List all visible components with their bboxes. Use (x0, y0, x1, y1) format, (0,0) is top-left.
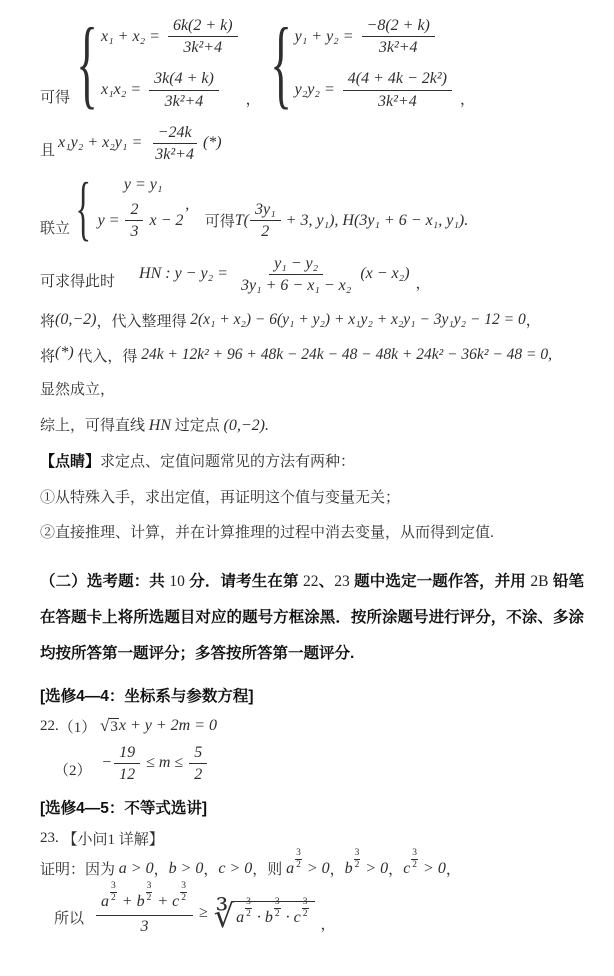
equation-y-sum: y₁ + y₂ = −8(2 + k)3k²+4 (295, 16, 439, 57)
equation-x-sum: x₁ + x₂ = 6k(2 + k)3k²+4 (101, 16, 242, 57)
condition-a: a > 0 (119, 860, 154, 878)
radicand: 3 (109, 718, 119, 736)
equation-lhs: y = (98, 212, 124, 230)
expanded-equation: 2(x₁ + x₂) − 6(y₁ + y₂) + x₁y₂ + x₂y₁ − … (190, 311, 526, 329)
base-c: c (403, 860, 410, 878)
sup-denominator: 2 (275, 909, 280, 920)
then-text: ，则 (252, 858, 286, 879)
numerator: 5 (189, 743, 207, 764)
text: （二）选考题：共 (40, 573, 169, 590)
greater-than-zero: > 0 (361, 860, 388, 878)
result-points-group: 可得 T( 3y₁2 + 3, y₁), H(3y₁ + 6 − x₁, y₁)… (205, 200, 469, 241)
line-label: 可得 (40, 86, 70, 111)
cube-root-sign: ∛ (214, 900, 234, 932)
question-number: 23. (40, 830, 63, 847)
text: 题中选定一题作答，并用 (350, 573, 531, 590)
equation-line: y = 23 x − 2 ’ (98, 200, 189, 241)
comma: ， (446, 858, 461, 879)
text: ，代入整理得 (96, 310, 190, 331)
plus-sign: + (153, 892, 172, 911)
denominator: 3y₁ + 6 − x₁ − x₂ (236, 275, 356, 295)
text: 求定点、定值问题常见的方法有两种： (100, 454, 355, 470)
base-a: a (101, 892, 109, 911)
points-T-H: + 3, y₁), H(3y₁ + 6 − x₁, y₁). (282, 212, 469, 230)
fraction: y₁ − y₂3y₁ + 6 − x₁ − x₂ (236, 254, 356, 295)
base-b: b (345, 860, 353, 878)
line-cross-term: 且 x₁y₂ + x₂y₁ = −24k3k²+4 (*) (40, 123, 584, 164)
point-value: (0,−2) (55, 311, 96, 329)
base-c: c (172, 892, 179, 911)
numerator: 3k(4 + k) (149, 69, 219, 90)
equation-lhs: x₁x₂ = (101, 81, 145, 99)
question-number: 22 (303, 573, 319, 590)
base-b: b (137, 892, 145, 911)
line-dianjing-note: 【点睛】求定点、定值问题常见的方法有两种： (40, 451, 584, 474)
comma: ， (321, 913, 336, 936)
fraction: 3k(4 + k)3k²+4 (149, 69, 219, 110)
fraction: 23 (125, 200, 143, 241)
square-root: √3 (100, 716, 119, 736)
document-page: 可得 { x₁ + x₂ = 6k(2 + k)3k²+4 x₁x₂ = 3k(… (0, 0, 614, 936)
equation-lhs: y₂y₂ = (295, 81, 339, 99)
question-23-proof-line: 证明：因为 a > 0， b > 0， c > 0，则 a32 > 0， b32… (40, 857, 584, 880)
comma: ， (246, 88, 261, 111)
fraction: −24k3k²+4 (150, 123, 199, 164)
line-substitute-point: 将 (0,−2) ，代入整理得 2(x₁ + x₂) − 6(y₁ + y₂) … (40, 309, 584, 332)
pencil-type: 2B (530, 573, 548, 590)
dianjing-tag: 【点睛】 (40, 453, 100, 470)
denominator: 3k²+4 (160, 91, 209, 111)
fraction: 52 (189, 743, 207, 784)
text: 代入，得 (74, 345, 142, 366)
exponent-three-halves: 32 (354, 848, 361, 871)
denominator: 3k²+4 (373, 91, 422, 111)
sup-numerator: 3 (180, 881, 187, 893)
exponent-three-halves: 32 (245, 897, 252, 920)
condition-c: c > 0 (218, 860, 252, 878)
points-number: 10 (169, 573, 185, 590)
equation-lhs: x₁ + x₂ = (101, 28, 164, 46)
sup-denominator: 2 (181, 893, 186, 904)
greater-than-zero: > 0 (303, 860, 330, 878)
greater-than-zero: > 0 (419, 860, 446, 878)
comma: ， (460, 88, 475, 111)
sup-numerator: 3 (302, 897, 309, 909)
sup-denominator: 2 (111, 893, 116, 904)
equation-rhs: x − 2 (145, 212, 183, 230)
proof-lead: 证明：因为 (40, 858, 119, 879)
system-x: x₁ + x₂ = 6k(2 + k)3k²+4 x₁x₂ = 3k(4 + k… (101, 16, 242, 111)
comma: ， (203, 858, 218, 879)
kede-label: 可得 (205, 210, 235, 231)
denominator: 12 (114, 764, 140, 784)
question-22-part-1: 22. （1） √3 x + y + 2m = 0 (40, 716, 584, 737)
text: 、 (319, 573, 335, 590)
line-name-HN: HN (149, 417, 171, 434)
question-number: 23 (334, 573, 350, 590)
so-label: 所以 (54, 907, 84, 936)
numerator: 19 (114, 743, 140, 764)
text: 综上，可得直线 (40, 418, 149, 434)
numerator: −8(2 + k) (362, 16, 435, 37)
fraction: −8(2 + k)3k²+4 (362, 16, 435, 57)
left-brace: { (270, 22, 292, 104)
line-label: 且 (40, 139, 55, 164)
comma: ， (416, 272, 431, 295)
denominator: 3 (125, 221, 143, 241)
base-b: b (265, 909, 273, 927)
part-label: （2） (54, 759, 95, 784)
equation-y-product: y₂y₂ = 4(4 + 4k − 2k²)3k²+4 (295, 69, 456, 110)
sup-numerator: 3 (245, 897, 252, 909)
minus-sign: − (101, 754, 112, 772)
fraction: 6k(2 + k)3k²+4 (168, 16, 238, 57)
denominator: 3 (135, 916, 153, 936)
denominator: 3k²+4 (374, 37, 423, 57)
base-a: a (286, 860, 294, 878)
sup-numerator: 3 (411, 848, 418, 860)
fraction: 4(4 + 4k − 2k²)3k²+4 (343, 69, 452, 110)
exponent-three-halves: 32 (274, 897, 281, 920)
fraction: 1912 (114, 743, 140, 784)
numerator-row: a32 + b32 + c32 (96, 890, 193, 916)
system-lines: y = y₁ y = 23 x − 2 ’ (98, 176, 189, 241)
numerator: −24k (153, 123, 197, 144)
left-brace: { (76, 22, 98, 104)
condition-b: b > 0 (169, 860, 204, 878)
numerator: 3y₁ (250, 200, 281, 221)
exponent-three-halves: 32 (146, 881, 153, 904)
left-brace: { (76, 179, 92, 238)
line-label: 可求得此时 (40, 270, 115, 295)
comma: ， (330, 858, 345, 879)
exponent-three-halves: 32 (302, 897, 309, 920)
denominator: 3k²+4 (178, 37, 227, 57)
plus-sign: + (118, 892, 137, 911)
line-method-1: ①从特殊入手，求出定值，再证明这个值与变量无关； (40, 487, 584, 510)
text: 将 (40, 310, 55, 331)
numerator: 4(4 + 4k − 2k²) (343, 69, 452, 90)
sup-denominator: 2 (412, 860, 417, 871)
sup-denominator: 2 (246, 909, 251, 920)
root-content: a32 · b32 · c32 (234, 901, 314, 929)
sup-denominator: 2 (355, 860, 360, 871)
multiplication-dot: · (282, 909, 294, 927)
line-HN-equation: 可求得此时 HN : y − y₂ = y₁ − y₂3y₁ + 6 − x₁ … (40, 254, 584, 295)
question-number: 22. (40, 718, 59, 735)
base-c: c (294, 909, 301, 927)
question-23-title: 23. 【小问1 详解】 (40, 828, 584, 849)
sup-numerator: 3 (274, 897, 281, 909)
header-elective-4-5: [选修4—5：不等式选讲] (40, 796, 584, 818)
point-T-open: T( (235, 212, 249, 230)
exponent-three-halves: 32 (110, 881, 117, 904)
star-mark: (*) (55, 344, 74, 362)
sup-numerator: 3 (110, 881, 117, 893)
equation: x + y + 2m = 0 (119, 717, 217, 735)
star-mark: (*) (203, 134, 222, 152)
exam-instructions-paragraph: （二）选考题：共 10 分．请考生在第 22、23 题中选定一题作答，并用 2B… (40, 564, 584, 672)
header-elective-4-4: [选修4—4：坐标系与参数方程] (40, 684, 584, 706)
sup-denominator: 2 (147, 893, 152, 904)
subquestion-title: 【小问1 详解】 (63, 828, 164, 849)
question-22-part-2: （2） − 1912 ≤ m ≤ 52 (40, 743, 584, 784)
numerator: y₁ − y₂ (269, 254, 323, 275)
equation-lhs: HN : y − y₂ = (139, 265, 232, 283)
line-systems-of-equations: 可得 { x₁ + x₂ = 6k(2 + k)3k²+4 x₁x₂ = 3k(… (40, 16, 584, 111)
comma-mark: ’ (183, 205, 188, 223)
sup-denominator: 2 (296, 860, 301, 871)
line-conclusion: 综上，可得直线 HN 过定点 (0,−2). (40, 414, 584, 438)
equation-y-eq-y1: y = y₁ (124, 176, 163, 194)
numerator: 6k(2 + k) (168, 16, 238, 37)
line-obviously-holds: 显然成立， (40, 379, 584, 402)
equation: y = y₁ (124, 176, 163, 194)
line-label: 联立 (40, 217, 70, 242)
text: 过定点 (171, 418, 224, 434)
multiplication-dot: · (253, 909, 265, 927)
comma: ， (388, 858, 403, 879)
equation-rhs: (x − x₂) (360, 265, 409, 283)
comma: ， (526, 309, 541, 332)
exponent-three-halves: 32 (295, 848, 302, 871)
equation-lhs: y₁ + y₂ = (295, 28, 358, 46)
expanded-equation: 24k + 12k² + 96 + 48k − 24k − 48 − 48k +… (141, 346, 552, 364)
system-y: y₁ + y₂ = −8(2 + k)3k²+4 y₂y₂ = 4(4 + 4k… (295, 16, 456, 111)
denominator: 3k²+4 (150, 144, 199, 164)
line-method-2: ②直接推理、计算，并在计算推理的过程中消去变量，从而得到定值. (40, 522, 584, 545)
cube-root: ∛ a32 · b32 · c32 (214, 897, 315, 929)
line-substitute-star: 将 (*) 代入，得 24k + 12k² + 96 + 48k − 24k −… (40, 345, 584, 366)
sup-denominator: 2 (303, 909, 308, 920)
sup-numerator: 3 (354, 848, 361, 860)
radical-sign: √ (100, 716, 109, 736)
denominator: 2 (189, 764, 207, 784)
big-fraction: a32 + b32 + c32 3 (96, 890, 193, 936)
numerator: 2 (125, 200, 143, 221)
inequality: ≤ m ≤ (142, 754, 187, 772)
denominator: 2 (256, 221, 274, 241)
question-23-amgm-line: 所以 a32 + b32 + c32 3 ≥ ∛ a32 · b32 · c32… (40, 890, 584, 936)
line-simultaneous-system: 联立 { y = y₁ y = 23 x − 2 ’ 可得 T( 3y₁2 + … (40, 176, 584, 241)
fixed-point: (0,−2). (224, 417, 269, 434)
equation-x-product: x₁x₂ = 3k(4 + k)3k²+4 (101, 69, 223, 110)
part-label: （1） (59, 716, 100, 737)
sup-numerator: 3 (146, 881, 153, 893)
base-a: a (236, 909, 244, 927)
text: 将 (40, 345, 55, 366)
exponent-three-halves: 32 (180, 881, 187, 904)
sup-numerator: 3 (295, 848, 302, 860)
fraction: 3y₁2 (250, 200, 281, 241)
equation-lhs: x₁y₂ + x₂y₁ = (58, 134, 146, 152)
text: 分．请考生在第 (185, 573, 303, 590)
exponent-three-halves: 32 (411, 848, 418, 871)
comma: ， (154, 858, 169, 879)
greater-equal-sign: ≥ (199, 904, 208, 922)
